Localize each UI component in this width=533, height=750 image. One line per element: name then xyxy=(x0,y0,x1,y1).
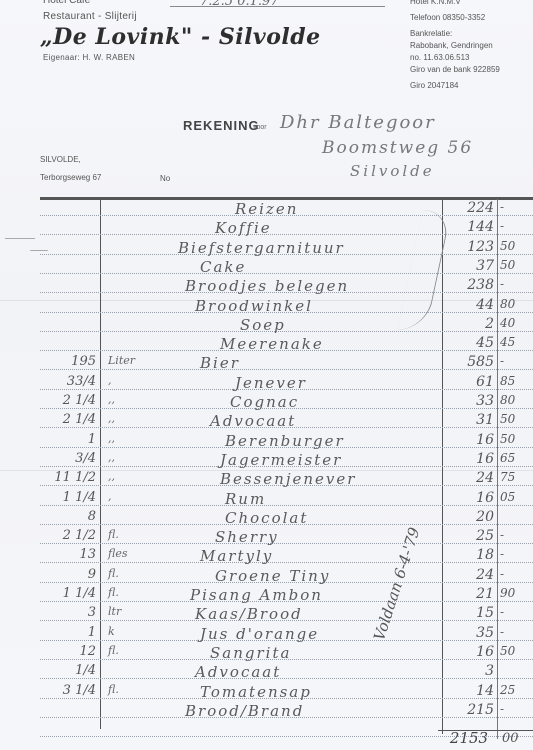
item-description: Brood/Brand xyxy=(185,702,304,720)
phone: Telefoon 08350-3352 xyxy=(410,12,500,24)
item-unit: fles xyxy=(108,547,148,560)
item-quantity: 13 xyxy=(40,547,96,562)
addressee-street: Boomstweg 56 xyxy=(322,138,473,158)
item-amount: 25 xyxy=(444,528,494,544)
item-quantity: 1 xyxy=(40,625,96,640)
item-amount: 215 xyxy=(444,702,494,718)
item-cents: - xyxy=(500,528,533,542)
item-cents: 45 xyxy=(500,335,533,349)
table-row: 12fl.Sangrita1650 xyxy=(0,644,533,662)
item-amount: 2 xyxy=(444,316,494,332)
item-amount: 16 xyxy=(444,490,494,506)
item-unit: ltr xyxy=(108,605,148,618)
item-quantity: 3 xyxy=(40,605,96,620)
item-amount: 144 xyxy=(444,219,494,235)
issuer-city: SILVOLDE, xyxy=(40,155,81,164)
item-quantity: 1 xyxy=(40,432,96,447)
bank-giro: Giro van de bank 922859 xyxy=(410,64,500,76)
item-cents: 85 xyxy=(500,374,533,388)
item-quantity: 2 1/2 xyxy=(40,528,96,543)
item-cents: 50 xyxy=(500,412,533,426)
item-cents: - xyxy=(500,605,533,619)
item-cents: 75 xyxy=(500,470,533,484)
table-row: Soep240 xyxy=(0,316,533,334)
item-description: Advocaat xyxy=(210,412,296,430)
item-description: Meerenake xyxy=(220,335,324,353)
item-description: Rum xyxy=(225,490,266,508)
item-cents: - xyxy=(500,277,533,291)
item-description: Jenever xyxy=(235,374,307,392)
table-row: 11 1/2,,Bessenjenever2475 xyxy=(0,470,533,488)
issuer-street: Terborgseweg 67 xyxy=(40,173,101,182)
item-quantity: 3/4 xyxy=(40,451,96,466)
item-unit: ,, xyxy=(108,412,148,425)
item-cents: 50 xyxy=(500,644,533,658)
item-amount: 18 xyxy=(444,547,494,563)
header-subtitle: Restaurant - Slijterij xyxy=(43,11,137,22)
header-top-line: Hotel Café xyxy=(43,0,90,6)
item-description: Cake xyxy=(200,258,246,276)
item-description: Groene Tiny xyxy=(215,567,330,585)
item-quantity: 195 xyxy=(40,354,96,369)
item-quantity: 33/4 xyxy=(40,374,96,389)
total-amount: 2153 xyxy=(440,729,498,747)
item-amount: 14 xyxy=(444,683,494,699)
item-description: Pisang Ambon xyxy=(190,586,323,604)
item-description: Tomatensap xyxy=(200,683,312,701)
item-quantity: 1 1/4 xyxy=(40,490,96,505)
business-name: „De Lovink" - Silvolde xyxy=(40,24,321,50)
item-quantity: 11 1/2 xyxy=(40,470,96,485)
item-quantity: 2 1/4 xyxy=(40,412,96,427)
item-amount: 37 xyxy=(444,258,494,274)
item-unit: , xyxy=(108,490,148,503)
item-cents: - xyxy=(500,702,533,716)
table-row: Brood/Brand215- xyxy=(0,702,533,720)
table-row: 1kJus d'orange35- xyxy=(0,625,533,643)
item-unit: fl. xyxy=(108,683,148,696)
item-description: Jus d'orange xyxy=(200,625,319,643)
item-description: Sherry xyxy=(215,528,279,546)
item-amount: 585 xyxy=(444,354,494,370)
item-cents: - xyxy=(500,625,533,639)
item-cents: 05 xyxy=(500,490,533,504)
item-description: Broodjes belegen xyxy=(185,277,349,295)
invoice-title: REKENING xyxy=(183,118,260,133)
item-amount: 61 xyxy=(444,374,494,390)
item-unit: k xyxy=(108,625,148,638)
item-description: Martyly xyxy=(200,547,273,565)
item-description: Berenburger xyxy=(225,432,345,450)
item-amount: 45 xyxy=(444,335,494,351)
item-amount: 33 xyxy=(444,393,494,409)
item-description: Advocaat xyxy=(195,663,281,681)
table-row: Broodwinkel4480 xyxy=(0,297,533,315)
item-amount: 24 xyxy=(444,470,494,486)
item-amount: 224 xyxy=(444,200,494,216)
item-quantity: 1/4 xyxy=(40,663,96,678)
addressee-city: Silvolde xyxy=(350,162,435,180)
table-row: Cake3750 xyxy=(0,258,533,276)
item-amount: 15 xyxy=(444,605,494,621)
item-unit: , xyxy=(108,374,148,387)
table-row: 33/4,Jenever6185 xyxy=(0,374,533,392)
table-row: 1/4Advocaat3 xyxy=(0,663,533,681)
item-amount: 238 xyxy=(444,277,494,293)
item-description: Bessenjenever xyxy=(220,470,356,488)
item-cents: 65 xyxy=(500,451,533,465)
table-row: 13flesMartyly18- xyxy=(0,547,533,565)
item-unit: ,, xyxy=(108,432,148,445)
item-amount: 21 xyxy=(444,586,494,602)
item-cents: 40 xyxy=(500,316,533,330)
item-unit: ,, xyxy=(108,470,148,483)
item-description: Sangrita xyxy=(210,644,291,662)
table-row: 8Chocolat20 xyxy=(0,509,533,527)
table-row: 1,,Berenburger1650 xyxy=(0,432,533,450)
table-row: 195LiterBier585- xyxy=(0,354,533,372)
item-cents: 50 xyxy=(500,258,533,272)
item-cents: 50 xyxy=(500,432,533,446)
table-row: 3/4,,Jagermeister1665 xyxy=(0,451,533,469)
item-unit: fl. xyxy=(108,644,148,657)
item-amount: 35 xyxy=(444,625,494,641)
item-cents: - xyxy=(500,567,533,581)
item-quantity: 9 xyxy=(40,567,96,582)
item-description: Cognac xyxy=(230,393,299,411)
item-description: Chocolat xyxy=(225,509,308,527)
item-unit: ,, xyxy=(108,393,148,406)
item-cents: 80 xyxy=(500,393,533,407)
item-cents: 25 xyxy=(500,683,533,697)
total-cents: 00 xyxy=(502,731,519,746)
item-amount: 16 xyxy=(444,644,494,660)
table-row: 3 1/4fl.Tomatensap1425 xyxy=(0,683,533,701)
table-row: Biefstergarnituur12350 xyxy=(0,239,533,257)
item-amount: 123 xyxy=(444,239,494,255)
invoice-voor: voor xyxy=(253,124,267,131)
item-description: Koffie xyxy=(215,219,272,237)
item-description: Kaas/Brood xyxy=(195,605,303,623)
item-cents: 90 xyxy=(500,586,533,600)
item-quantity: 12 xyxy=(40,644,96,659)
item-amount: 20 xyxy=(444,509,494,525)
item-amount: 16 xyxy=(444,432,494,448)
item-description: Jagermeister xyxy=(220,451,342,469)
owner-line: Eigenaar: H. W. RABEN xyxy=(43,53,135,62)
item-unit: ,, xyxy=(108,451,148,464)
table-row: 9fl.Groene Tiny24- xyxy=(0,567,533,585)
item-unit: fl. xyxy=(108,567,148,580)
item-description: Biefstergarnituur xyxy=(178,239,345,257)
bank-label: Bankrelatie: xyxy=(410,28,500,40)
contact-block: Hotel K.N.M.V Telefoon 08350-3352 Bankre… xyxy=(410,0,500,92)
bank-name: Rabobank, Gendringen xyxy=(410,40,500,52)
item-cents: - xyxy=(500,354,533,368)
table-row: Meerenake4545 xyxy=(0,335,533,353)
table-row: 1 1/4fl.Pisang Ambon2190 xyxy=(0,586,533,604)
item-description: Broodwinkel xyxy=(195,297,313,315)
item-quantity: 1 1/4 xyxy=(40,586,96,601)
table-row: Reizen224- xyxy=(0,200,533,218)
table-row: 2 1/4,,Cognac3380 xyxy=(0,393,533,411)
item-amount: 16 xyxy=(444,451,494,467)
item-amount: 44 xyxy=(444,297,494,313)
item-quantity: 2 1/4 xyxy=(40,393,96,408)
item-amount: 3 xyxy=(444,663,494,679)
item-cents: - xyxy=(500,547,533,561)
table-row: 2 1/2fl.Sherry25- xyxy=(0,528,533,546)
item-cents: - xyxy=(500,219,533,233)
item-unit: Liter xyxy=(108,354,148,367)
handwritten-date: 7.2.5 0.1.97 xyxy=(200,0,279,9)
table-row: 3ltrKaas/Brood15- xyxy=(0,605,533,623)
giro: Giro 2047184 xyxy=(410,80,500,92)
item-cents: - xyxy=(500,200,533,214)
invoice-number-label: No xyxy=(160,174,170,183)
item-cents: 80 xyxy=(500,297,533,311)
item-unit: fl. xyxy=(108,528,148,541)
item-description: Bier xyxy=(200,354,240,372)
item-description: Soep xyxy=(240,316,286,334)
hotel-line: Hotel K.N.M.V xyxy=(410,0,500,8)
item-amount: 31 xyxy=(444,412,494,428)
table-row: Koffie144- xyxy=(0,219,533,237)
item-quantity: 8 xyxy=(40,509,96,524)
item-amount: 24 xyxy=(444,567,494,583)
table-row: 1 1/4,Rum1605 xyxy=(0,490,533,508)
item-unit: fl. xyxy=(108,586,148,599)
table-row: 2 1/4,,Advocaat3150 xyxy=(0,412,533,430)
item-quantity: 3 1/4 xyxy=(40,683,96,698)
item-description: Reizen xyxy=(235,200,298,218)
addressee-name: Dhr Baltegoor xyxy=(280,112,436,133)
item-cents: 50 xyxy=(500,239,533,253)
invoice-paper: Hotel Café 7.2.5 0.1.97 Restaurant - Sli… xyxy=(0,0,533,750)
bank-account: no. 11.63.06.513 xyxy=(410,52,500,64)
table-row: Broodjes belegen238- xyxy=(0,277,533,295)
